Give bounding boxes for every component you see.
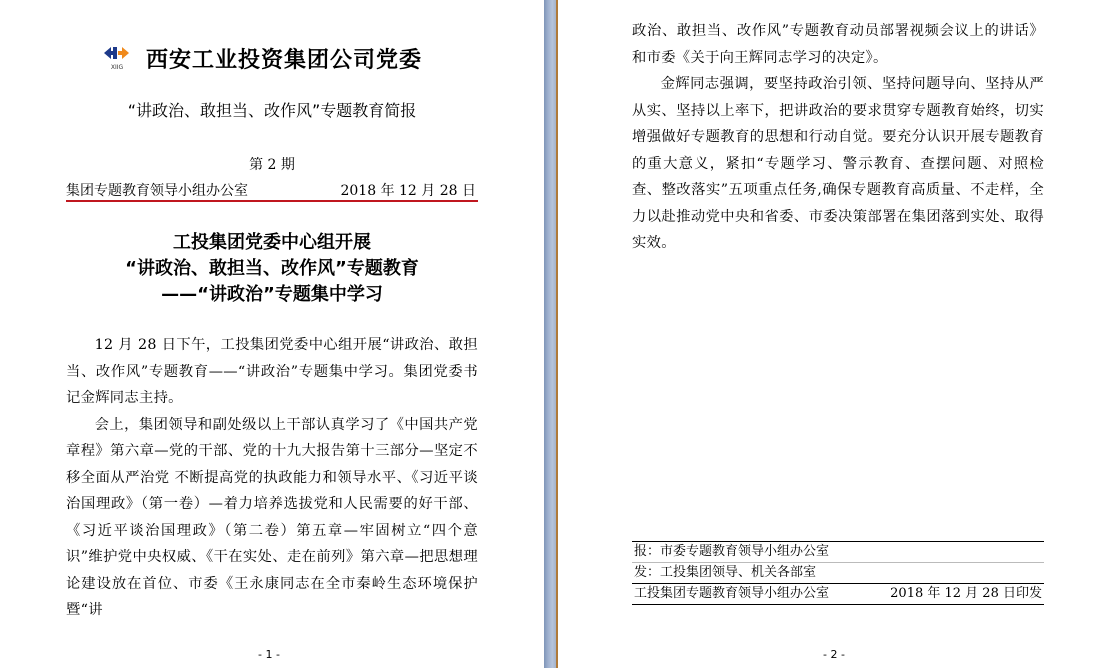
headline-line-1: 工投集团党委中心组开展 [0,230,544,256]
issuer-date-row: 集团专题教育领导小组办公室 2018 年 12 月 28 日 [66,180,476,200]
report-to: 报：市委专题教育领导小组办公室 [632,542,1044,562]
send-to: 发：工投集团领导、机关各部室 [632,563,1044,583]
issuer: 集团专题教育领导小组办公室 [66,180,248,200]
print-footer: 工投集团专题教育领导小组办公室 2018 年 12 月 28 日印发 [632,584,1044,604]
headline-line-2: “讲政治、敢担当、改作风”专题教育 [0,256,544,282]
page-gutter [544,0,556,668]
org-title: 西安工业投资集团公司党委 [146,43,422,74]
document-page-1: XIIG 西安工业投资集团公司党委 “讲政治、敢担当、改作风”专题教育简报 第 … [0,0,544,668]
article-headline: 工投集团党委中心组开展 “讲政治、敢担当、改作风”专题教育 ——“讲政治”专题集… [0,230,544,308]
paragraph: 会上，集团领导和副处级以上干部认真学习了《中国共产党章程》第六章—党的干部、党的… [66,412,478,624]
divider [632,604,1044,605]
red-divider [66,200,478,202]
article-body-page-1: 12 月 28 日下午，工投集团党委中心组开展“讲政治、敢担当、改作风”专题教育… [66,332,478,624]
page-number: - 1 - [258,648,280,661]
issue-number: 第 2 期 [0,154,544,174]
xigu-logo-icon: XIIG [100,43,134,73]
footer-issuer: 工投集团专题教育领导小组办公室 [634,584,829,604]
headline-line-3: ——“讲政治”专题集中学习 [0,282,544,308]
paragraph-continuation: 政治、敢担当、改作风”专题教育动员部署视频会议上的讲话》和市委《关于向王辉同志学… [632,18,1044,71]
svg-text:XIIG: XIIG [111,64,124,71]
paragraph: 12 月 28 日下午，工投集团党委中心组开展“讲政治、敢担当、改作风”专题教育… [66,332,478,412]
issue-date: 2018 年 12 月 28 日 [340,180,476,200]
footer-date: 2018 年 12 月 28 日印发 [890,584,1042,604]
paragraph: 金辉同志强调，要坚持政治引领、坚持问题导向、坚持从严从实、坚持以上率下，把讲政治… [632,71,1044,257]
article-body-page-2: 政治、敢担当、改作风”专题教育动员部署视频会议上的讲话》和市委《关于向王辉同志学… [632,18,1044,257]
page-number: - 2 - [823,648,845,661]
masthead: XIIG 西安工业投资集团公司党委 [100,38,480,78]
distribution-block: 报：市委专题教育领导小组办公室 发：工投集团领导、机关各部室 工投集团专题教育领… [632,541,1044,605]
bulletin-subtitle: “讲政治、敢担当、改作风”专题教育简报 [0,98,544,121]
